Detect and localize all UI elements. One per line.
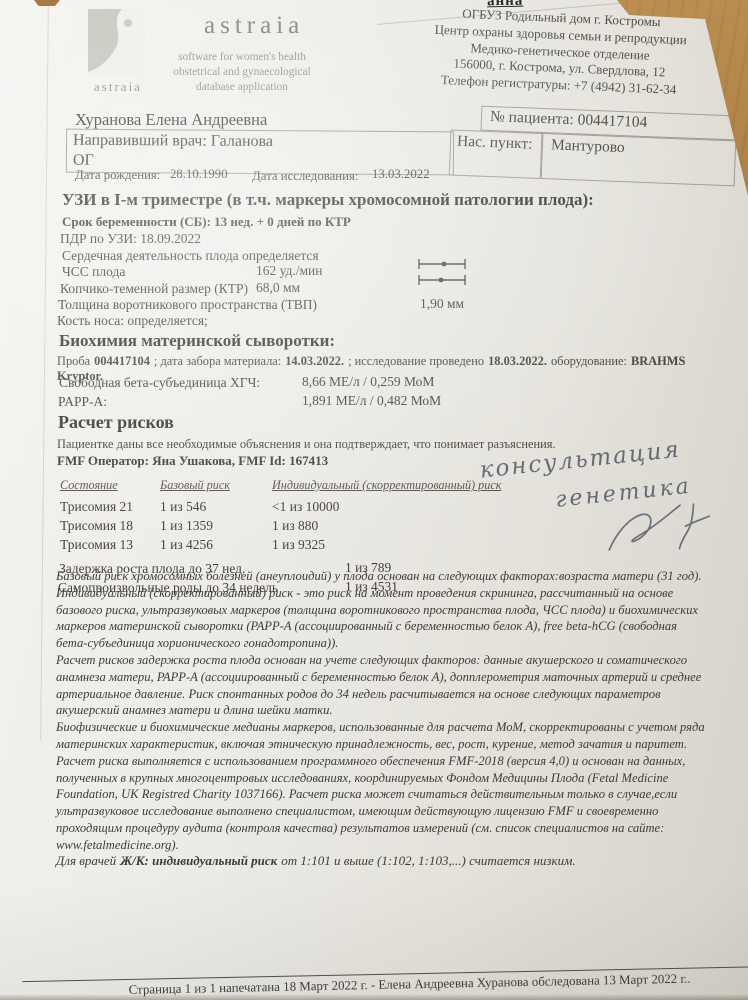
handwritten-note: консультация генетика <box>472 424 748 581</box>
risk-background: 1 из 1359 <box>160 518 213 534</box>
sample-collect-date: 14.03.2022. <box>285 354 344 368</box>
fhr-label: ЧСС плода <box>62 264 125 280</box>
risk-background: 1 из 546 <box>160 499 206 515</box>
underlying-document-fragment: анна <box>487 0 577 9</box>
settlement-label: Нас. пункт: <box>449 129 543 178</box>
risk-condition: Трисомия 13 <box>60 537 133 553</box>
astraia-logo-caption: astraia <box>80 79 156 95</box>
gestation-term: Срок беременности (СБ): 13 нед. + 0 дней… <box>62 214 351 230</box>
fmf-operator: FMF Оператор: Яна Ушакова, FMF Id: 16741… <box>57 453 328 469</box>
referring-doctor-line: Направивший врач: Галанова <box>73 131 447 154</box>
footnote-rest: от 1:101 и выше (1:102, 1:103,...) счита… <box>281 853 575 868</box>
signature-scribble <box>596 495 721 562</box>
sample-id: 004417104 <box>94 354 150 368</box>
sample-test-label: ; исследование проведено <box>348 354 484 368</box>
risk-background: 1 из 4256 <box>160 537 213 553</box>
risk-adjusted: <1 из 10000 <box>272 499 339 515</box>
footnote-prefix: Для врачей <box>56 853 116 868</box>
risk-condition: Трисомия 18 <box>60 518 133 534</box>
low-risk-footnote: Для врачейЖ/К: индивидуальный рискот 1:1… <box>56 853 576 869</box>
birth-date-value: 28.10.1990 <box>170 167 228 182</box>
footer-text: Страница 1 из 1 напечатана 18 Март 2022 … <box>129 972 691 998</box>
referring-doctor-box: Направивший врач: Галанова ОГ <box>66 129 454 176</box>
biochemistry-heading: Биохимия материнской сыворотки: <box>59 331 335 351</box>
clinic-line: Центр охраны здоровья семьи и репродукци… <box>387 20 735 51</box>
sample-line: Проба004417104; дата забора материала:14… <box>57 354 717 384</box>
referring-doctor-line: ОГ <box>73 151 447 174</box>
astraia-logo-icon <box>88 9 146 77</box>
hcg-label: Свободная бета-субъединица ХГЧ: <box>59 375 260 391</box>
clinic-line: Телефон регистратуры: +7 (4942) 31-62-34 <box>384 70 732 101</box>
footer-rule <box>22 966 748 982</box>
risk-adjusted: 1 из 880 <box>272 518 318 534</box>
underlying-sheet-edge <box>40 0 49 740</box>
note-paragraph: Биофизические и биохимические медианы ма… <box>56 719 706 753</box>
preterm-label: Самопроизвольные роды до 34 недель <box>58 580 278 596</box>
papp-label: PAPP-A: <box>58 394 107 410</box>
risk-adjusted: 1 из 9325 <box>272 537 325 553</box>
fgr-value: 1 из 789 <box>345 560 391 576</box>
preterm-value: 1 из 4531 <box>345 579 398 595</box>
fhr-value: 162 уд./мин <box>256 263 323 279</box>
fgr-label: Задержка роста плода до 37 нед. <box>59 561 245 577</box>
brand-subtitle: software for women's health obstetrical … <box>158 50 326 95</box>
birth-date-label: Дата рождения: <box>75 168 160 183</box>
risks-heading: Расчет рисков <box>58 412 174 433</box>
photo-of-document: astraia astraia software for women's hea… <box>0 0 748 1000</box>
note-paragraph: Расчет рисков задержка роста плода основ… <box>56 652 706 719</box>
brand-subtitle-line: obstetrical and gynaecological <box>158 65 326 80</box>
brand-subtitle-line: software for women's health <box>158 50 326 65</box>
paper-bottom-shadow <box>0 994 748 1000</box>
nt-value: 1,90 мм <box>420 296 464 312</box>
edd-by-ultrasound: ПДР по УЗИ: 18.09.2022 <box>60 231 201 247</box>
patient-number: № пациента: 004417104 <box>481 106 738 141</box>
handwritten-word: консультация <box>479 437 682 484</box>
consent-line: Пациентке даны все необходимые объяснени… <box>57 437 556 452</box>
fhr-range-indicator <box>417 258 467 270</box>
ultrasound-heading: УЗИ в I-м триместре (в т.ч. маркеры хром… <box>62 190 594 210</box>
note-paragraph: Расчет риска выполняется с использование… <box>56 753 706 854</box>
papp-value: 1,891 МЕ/л / 0,482 МоМ <box>302 393 441 409</box>
settlement-value: Мантурово <box>541 133 737 186</box>
crl-value: 68,0 мм <box>256 280 300 296</box>
document-paper: astraia astraia software for women's hea… <box>0 0 748 1000</box>
clinic-line: 156000, г. Кострома, ул. Свердлова, 12 <box>385 53 733 84</box>
sample-prefix: Проба <box>57 354 90 368</box>
equipment-value: BRAHMS Kryptor. <box>57 354 685 383</box>
footnote-bold: Ж/К: индивидуальный риск <box>120 853 277 868</box>
sample-test-date: 18.03.2022. <box>488 354 547 368</box>
exam-date-value: 13.03.2022 <box>372 167 430 182</box>
brand-title: astraia <box>204 12 304 40</box>
clinic-header: ОГБУЗ Родильный дом г. Костромы Центр ох… <box>384 3 735 101</box>
patient-id-table: № пациента: 004417104 Нас. пункт: Мантур… <box>449 101 740 192</box>
fragment-text: анна <box>487 0 523 9</box>
explanatory-notes: Базовый риск хромосомных болезней (анеуп… <box>56 568 706 854</box>
risk-col-adjusted: Индивидуальный (скорректированный) риск <box>272 478 501 493</box>
risk-col-state: Состояние <box>60 478 118 493</box>
page-footer: Страница 1 из 1 напечатана 18 Март 2022 … <box>0 950 748 965</box>
patient-name: Хуранова Елена Андреевна <box>75 110 267 130</box>
brand-subtitle-line: database application <box>158 80 326 95</box>
clinic-line: Медико-генетическое отделение <box>386 36 734 67</box>
exam-date-label: Дата исследования: <box>252 169 358 184</box>
equipment-label: оборудование: <box>551 354 627 368</box>
nt-label: Толщина воротникового пространства (ТВП) <box>58 297 317 313</box>
handwritten-word: генетика <box>554 474 693 513</box>
risk-col-background: Базовый риск <box>160 478 230 493</box>
nasal-bone: Кость носа: определяется; <box>57 313 208 329</box>
cardiac-activity: Сердечная деятельность плода определяетс… <box>62 248 319 264</box>
crl-label: Копчико-теменной размер (КТР) <box>60 281 248 297</box>
hcg-value: 8,66 МЕ/л / 0,259 МоМ <box>302 374 434 390</box>
crl-range-indicator <box>417 274 467 286</box>
risk-condition: Трисомия 21 <box>60 499 133 515</box>
note-paragraph: Базовый риск хромосомных болезней (анеуп… <box>56 568 706 652</box>
sample-collect-label: ; дата забора материала: <box>154 354 281 368</box>
